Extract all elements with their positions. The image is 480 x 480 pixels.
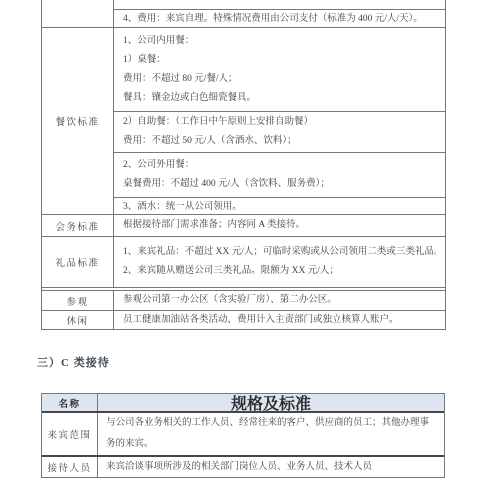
row-content-cell: 根据接待部门需求准备；内容同 A 类接待。: [114, 215, 445, 236]
row-label-cell: 礼品标准: [42, 237, 114, 287]
cell-text: 与公司各业务相关的工作人员、经常往来的客户、供应商的员工；其他办理事务的来宾。: [106, 413, 436, 455]
cell-text-line: 1、公司内用餐：: [123, 32, 436, 51]
row-content-cell: 员工健康加油站各类活动，费用计入主责部门或独立核算人账户。: [114, 311, 445, 329]
cell-text-line: 1）桌餐：: [123, 51, 436, 70]
cell-text-line: 1、来宾礼品：不超过 XX 元/人；可临时采购或从公司领用二类或三类礼品。: [123, 243, 436, 262]
cell-text-line: 费用：不超过 80 元/餐/人；: [123, 70, 436, 89]
row-label-cell: 餐饮标准: [42, 28, 114, 214]
row-label-cell: 会务标准: [42, 215, 114, 236]
content-subcell: 3、酒水：统一从公司领用。: [114, 198, 445, 214]
table-row: 礼品标准1、来宾礼品：不超过 XX 元/人；可临时采购或从公司领用二类或三类礼品…: [42, 237, 445, 287]
cell-text-line: 参观公司第一办公区（含实验厂房）、第二办公区。: [123, 291, 436, 310]
cell-text-line: 费用：不超过 50 元/人（含酒水、饮料）；: [123, 132, 436, 151]
cell-text-line: 4、费用：来宾自理。特殊情况费用由公司支付（标准为 400 元/人/天）。: [123, 10, 436, 27]
table-header-row: 名称 规格及标准: [42, 394, 444, 413]
content-subcell: 根据接待部门需求准备；内容同 A 类接待。: [114, 215, 445, 236]
content-subcell: 员工健康加油站各类活动，费用计入主责部门或独立核算人账户。: [114, 311, 445, 329]
row-content-cell: 来宾洽谈事项所涉及的相关部门岗位人员、业务人员、技术人员: [98, 457, 444, 477]
document-page: { "page": { "heading_c": "三）C 类接待" }, "t…: [0, 0, 480, 480]
content-subcell: 1、公司内用餐：1）桌餐：费用：不超过 80 元/餐/人；餐具：镶金边或白色细瓷…: [114, 28, 445, 112]
cell-text-line: 2、来宾随从赠送公司三类礼品。限额为 XX 元/人；: [123, 262, 436, 281]
row-content-cell: 4、费用：来宾自理。特殊情况费用由公司支付（标准为 400 元/人/天）。: [114, 0, 445, 27]
row-content-cell: 1、公司内用餐：1）桌餐：费用：不超过 80 元/餐/人；餐具：镶金边或白色细瓷…: [114, 28, 445, 214]
row-label-cell: 来宾范围: [42, 413, 98, 455]
cell-text-line: 餐具：镶金边或白色细瓷餐具。: [123, 89, 436, 108]
reception-c-table: 名称 规格及标准 来宾范围 与公司各业务相关的工作人员、经常往来的客户、供应商的…: [41, 393, 445, 478]
table-row: 餐饮标准1、公司内用餐：1）桌餐：费用：不超过 80 元/餐/人；餐具：镶金边或…: [42, 28, 445, 215]
content-subcell: [114, 0, 445, 10]
table-row-guest-range: 来宾范围 与公司各业务相关的工作人员、经常往来的客户、供应商的员工；其他办理事务…: [42, 413, 444, 457]
cell-text-line: 3、酒水：统一从公司领用。: [123, 198, 436, 214]
table-row: 4、费用：来宾自理。特殊情况费用由公司支付（标准为 400 元/人/天）。: [42, 0, 445, 28]
content-subcell: 参观公司第一办公区（含实验厂房）、第二办公区。: [114, 291, 445, 310]
table-row: 休闲员工健康加油站各类活动，费用计入主责部门或独立核算人账户。: [42, 311, 445, 330]
row-content-cell: 参观公司第一办公区（含实验厂房）、第二办公区。: [114, 291, 445, 310]
table-row-reception-staff: 接待人员 来宾洽谈事项所涉及的相关部门岗位人员、业务人员、技术人员: [42, 457, 444, 477]
content-subcell: 2、公司外用餐：桌餐费用：不超过 400 元/人（含饮料、服务费）；: [114, 153, 445, 198]
row-label-cell: 参观: [42, 291, 114, 310]
cell-text-line: 2、公司外用餐：: [123, 156, 436, 175]
cell-text: 来宾洽谈事项所涉及的相关部门岗位人员、业务人员、技术人员: [106, 457, 436, 477]
row-content-cell: 与公司各业务相关的工作人员、经常往来的客户、供应商的员工；其他办理事务的来宾。: [98, 413, 444, 455]
header-cell-spec: 规格及标准: [98, 394, 444, 411]
row-content-cell: 1、来宾礼品：不超过 XX 元/人；可临时采购或从公司领用二类或三类礼品。2、来…: [114, 237, 445, 287]
content-subcell: 4、费用：来宾自理。特殊情况费用由公司支付（标准为 400 元/人/天）。: [114, 10, 445, 27]
cell-text-line: 2）自助餐：（工作日中午原则上安排自助餐）: [123, 113, 436, 132]
table-row: 参观参观公司第一办公区（含实验厂房）、第二办公区。: [42, 291, 445, 311]
content-subcell: 1、来宾礼品：不超过 XX 元/人；可临时采购或从公司领用二类或三类礼品。2、来…: [114, 237, 445, 287]
cell-text-line: 员工健康加油站各类活动，费用计入主责部门或独立核算人账户。: [123, 311, 436, 329]
section-heading-c-reception: 三）C 类接待: [37, 354, 110, 370]
table-row: 会务标准根据接待部门需求准备；内容同 A 类接待。: [42, 215, 445, 237]
content-subcell: 2）自助餐：（工作日中午原则上安排自助餐）费用：不超过 50 元/人（含酒水、饮…: [114, 112, 445, 153]
row-label-cell: 接待人员: [42, 457, 98, 477]
cell-text-line: 根据接待部门需求准备；内容同 A 类接待。: [123, 216, 436, 235]
row-label-cell: [42, 0, 114, 27]
cell-text-line: 桌餐费用：不超过 400 元/人（含饮料、服务费）；: [123, 175, 436, 194]
reception-b-standards-table: 4、费用：来宾自理。特殊情况费用由公司支付（标准为 400 元/人/天）。餐饮标…: [41, 0, 446, 330]
row-label-cell: 休闲: [42, 311, 114, 329]
header-cell-name: 名称: [42, 394, 98, 411]
